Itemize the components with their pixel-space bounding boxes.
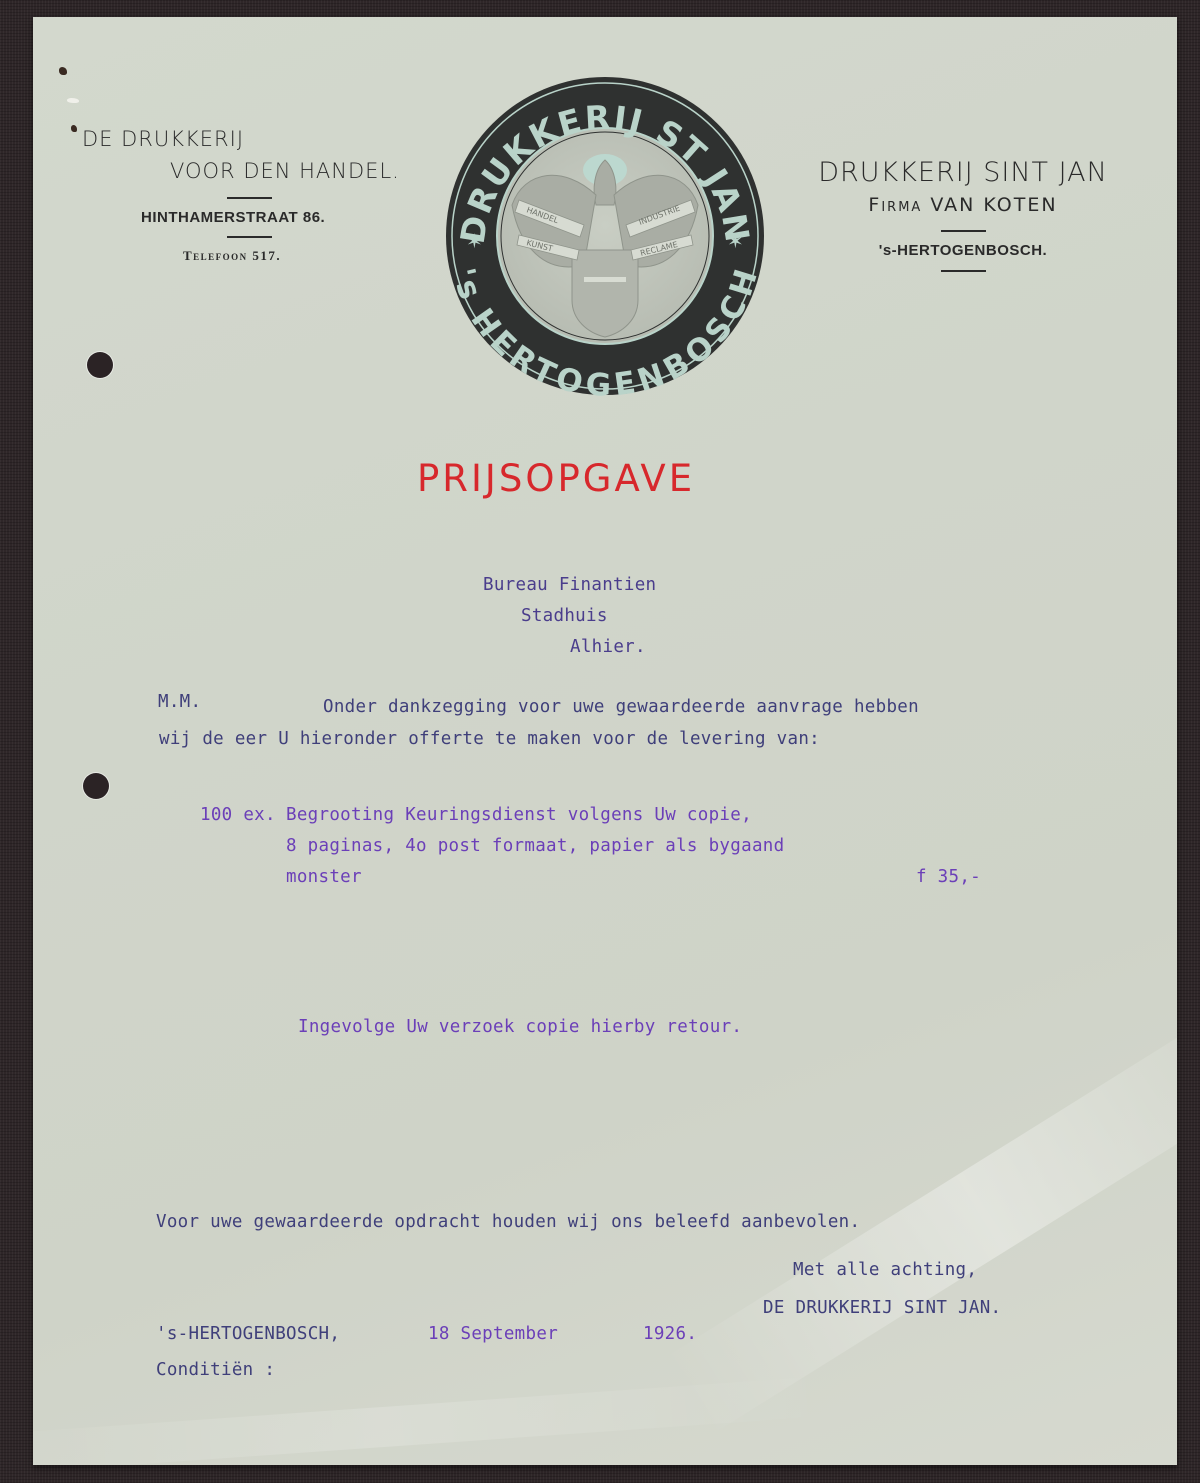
letterhead-right-line2: Firma VAN KOTEN	[778, 194, 1148, 216]
printing-house-seal: HANDEL INDUSTRIE KUNST RECLAME DRUKKERIJ…	[444, 75, 766, 397]
return-note: Ingevolge Uw verzoek copie hierby retour…	[298, 1017, 742, 1037]
tear-mark	[67, 98, 79, 103]
document-title: PRIJSOPGAVE	[417, 457, 695, 500]
divider	[227, 197, 272, 199]
letter-paper: DE DRUKKERIJ VOOR DEN HANDEL. HINTHAMERS…	[33, 17, 1177, 1465]
date: 18 September	[428, 1324, 558, 1344]
letterhead-right: DRUKKERIJ SINT JAN Firma VAN KOTEN 's-HE…	[778, 157, 1148, 272]
address: HINTHAMERSTRAAT 86.	[78, 209, 418, 226]
intro-line-1: Onder dankzegging voor uwe gewaardeerde …	[323, 697, 919, 717]
item-line-2: 8 paginas, 4o post formaat, papier als b…	[286, 836, 784, 856]
item-line-3: monster	[286, 867, 362, 887]
recipient-line-1: Bureau Finantien	[483, 575, 656, 595]
item-price: f 35,-	[916, 867, 981, 887]
paper-crease	[33, 1376, 833, 1465]
conditions-label: Conditiën :	[156, 1360, 275, 1380]
telephone: Telefoon 517.	[78, 248, 418, 264]
year: 1926.	[643, 1324, 697, 1344]
letterhead-left-line1: DE DRUKKERIJ	[78, 127, 418, 151]
letterhead-left: DE DRUKKERIJ VOOR DEN HANDEL. HINTHAMERS…	[78, 127, 418, 264]
recipient-line-2: Stadhuis	[521, 606, 608, 626]
item-quantity: 100 ex.	[200, 805, 276, 825]
signature: DE DRUKKERIJ SINT JAN.	[763, 1298, 1001, 1318]
divider	[941, 230, 986, 232]
place: 's-HERTOGENBOSCH,	[156, 1324, 340, 1344]
salutation: M.M.	[158, 692, 201, 712]
seal-emblem-icon: HANDEL INDUSTRIE KUNST RECLAME DRUKKERIJ…	[444, 75, 766, 397]
divider	[227, 236, 272, 238]
divider	[941, 270, 986, 272]
svg-text:✶: ✶	[466, 229, 483, 253]
closing-line: Voor uwe gewaardeerde opdracht houden wi…	[156, 1212, 860, 1232]
punch-hole	[87, 352, 113, 378]
punch-hole	[83, 773, 109, 799]
regards: Met alle achting,	[793, 1260, 977, 1280]
tear-mark	[71, 125, 77, 132]
recipient-line-3: Alhier.	[570, 637, 646, 657]
svg-text:✶: ✶	[727, 229, 744, 253]
letterhead-city: 's-HERTOGENBOSCH.	[778, 242, 1148, 259]
intro-line-2: wij de eer U hieronder offerte te maken …	[159, 729, 820, 749]
tear-mark	[59, 67, 67, 75]
item-line-1: Begrooting Keuringsdienst volgens Uw cop…	[286, 805, 752, 825]
letterhead-right-line1: DRUKKERIJ SINT JAN	[778, 157, 1148, 188]
letterhead-left-line2: VOOR DEN HANDEL.	[78, 159, 418, 183]
